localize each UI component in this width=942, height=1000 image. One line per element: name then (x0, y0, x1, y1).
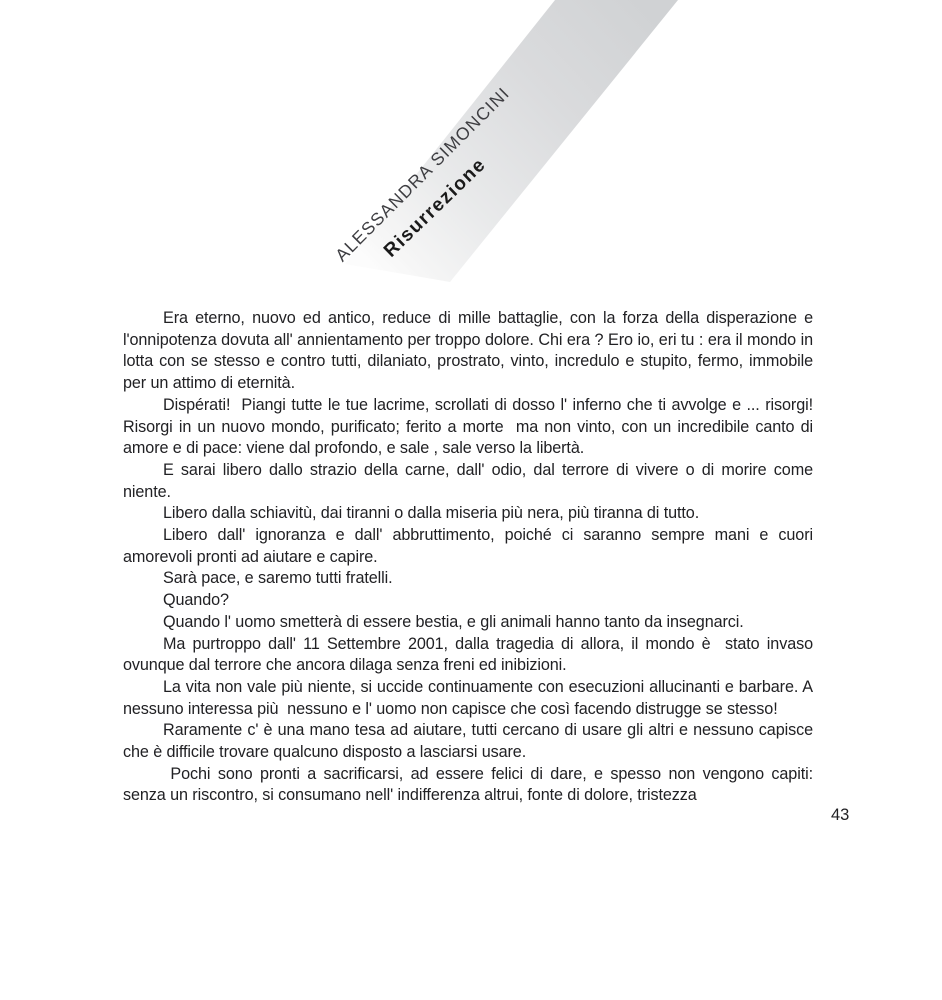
paragraph: La vita non vale più niente, si uccide c… (123, 677, 813, 720)
paragraph: Quando? (123, 590, 813, 612)
paragraph: Era eterno, nuovo ed antico, reduce di m… (123, 308, 813, 395)
body-text-block: Era eterno, nuovo ed antico, reduce di m… (123, 308, 813, 807)
paragraph: Raramente c' è una mano tesa ad aiutare,… (123, 720, 813, 763)
paragraph: E sarai libero dallo strazio della carne… (123, 460, 813, 503)
paragraph: Libero dall' ignoranza e dall' abbruttim… (123, 525, 813, 568)
paragraph: Sarà pace, e saremo tutti fratelli. (123, 568, 813, 590)
paragraph: Pochi sono pronti a sacrificarsi, ad ess… (123, 764, 813, 807)
paragraph: Libero dalla schiavitù, dai tiranni o da… (123, 503, 813, 525)
paragraph: Quando l' uomo smetterà di essere bestia… (123, 612, 813, 634)
paragraph: Ma purtroppo dall' 11 Settembre 2001, da… (123, 634, 813, 677)
page-number: 43 (831, 806, 849, 825)
scanned-book-page: ALESSANDRA SIMONCINI Risurrezione Era et… (0, 0, 942, 1000)
paragraph: Dispérati! Piangi tutte le tue lacrime, … (123, 395, 813, 460)
